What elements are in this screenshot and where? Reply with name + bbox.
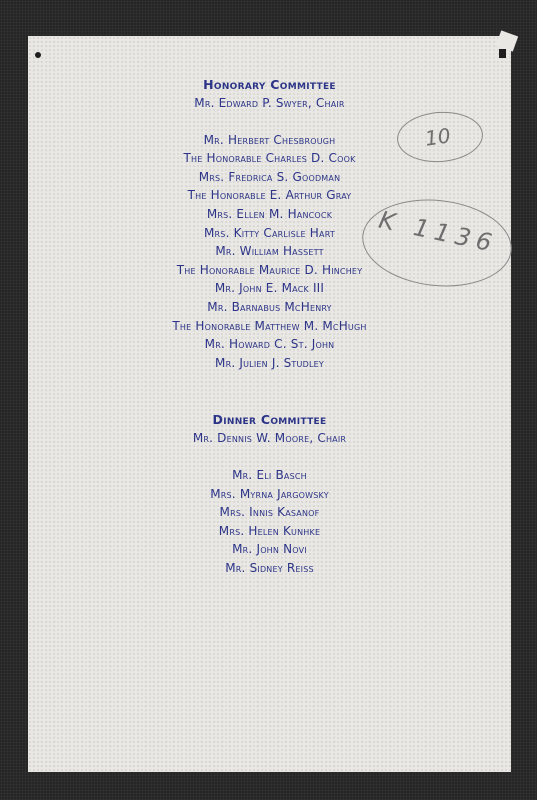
honorary-committee-chair: Mr. Edward P. Swyer, Chair: [28, 94, 511, 113]
torn-corner-notch: [499, 49, 506, 58]
dinner-member: Mr. John Novi: [28, 540, 511, 559]
dinner-member: Mr. Sidney Reiss: [28, 559, 511, 578]
handwritten-page-number: 10: [423, 123, 452, 150]
dinner-member: Mr. Eli Basch: [28, 466, 511, 485]
dinner-member: Mrs. Innis Kasanof: [28, 503, 511, 522]
honorary-member: Mr. Barnabus McHenry: [28, 298, 511, 317]
honorary-member: Mr. Julien J. Studley: [28, 354, 511, 373]
punch-hole-mark: [35, 52, 41, 58]
honorary-member: The Honorable Matthew M. McHugh: [28, 317, 511, 336]
honorary-member: Mrs. Fredrica S. Goodman: [28, 168, 511, 187]
dinner-committee-chair: Mr. Dennis W. Moore, Chair: [28, 429, 511, 448]
honorary-member: Mr. Howard C. St. John: [28, 335, 511, 354]
honorary-committee-heading: Honorary Committee: [28, 75, 511, 94]
dinner-committee-heading: Dinner Committee: [28, 410, 511, 429]
dinner-member: Mrs. Helen Kunhke: [28, 522, 511, 541]
dinner-member: Mrs. Myrna Jargowsky: [28, 485, 511, 504]
